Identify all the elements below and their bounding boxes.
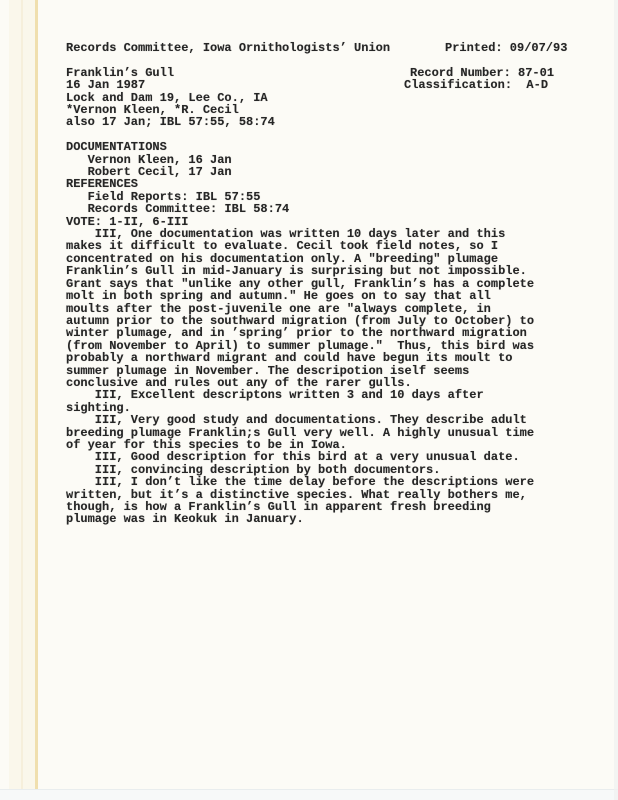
document-title: Records Committee, Iowa Ornithologists’ … <box>66 42 566 54</box>
scan-edge-line-faint <box>21 0 23 800</box>
scan-edge-line <box>35 0 38 800</box>
comment-paragraph: III, One documentation was written 10 da… <box>66 228 566 389</box>
scan-right-strip <box>614 0 618 800</box>
documentations-list: Vernon Kleen, 16 Jan Robert Cecil, 17 Ja… <box>66 154 566 179</box>
documentations-heading: DOCUMENTATIONS <box>66 141 566 153</box>
scan-bottom-strip <box>0 789 618 800</box>
references-list: Field Reports: IBL 57:55 Records Committ… <box>66 191 566 216</box>
comment-paragraph: III, I don’t like the time delay before … <box>66 476 566 526</box>
comment-paragraph: III, Excellent descriptons written 3 and… <box>66 389 566 414</box>
record-summary: Franklin’s Gull 16 Jan 1987 Lock and Dam… <box>66 67 566 129</box>
document-body: Records Committee, Iowa Ornithologists’ … <box>66 42 566 526</box>
scanned-document-page: Printed:09/07/93 Record Number:87-01 Cla… <box>0 0 618 800</box>
comment-paragraph: III, Very good study and documentations.… <box>66 414 566 451</box>
comment-paragraph: III, Good description for this bird at a… <box>66 451 566 463</box>
references-heading: REFERENCES <box>66 178 566 190</box>
